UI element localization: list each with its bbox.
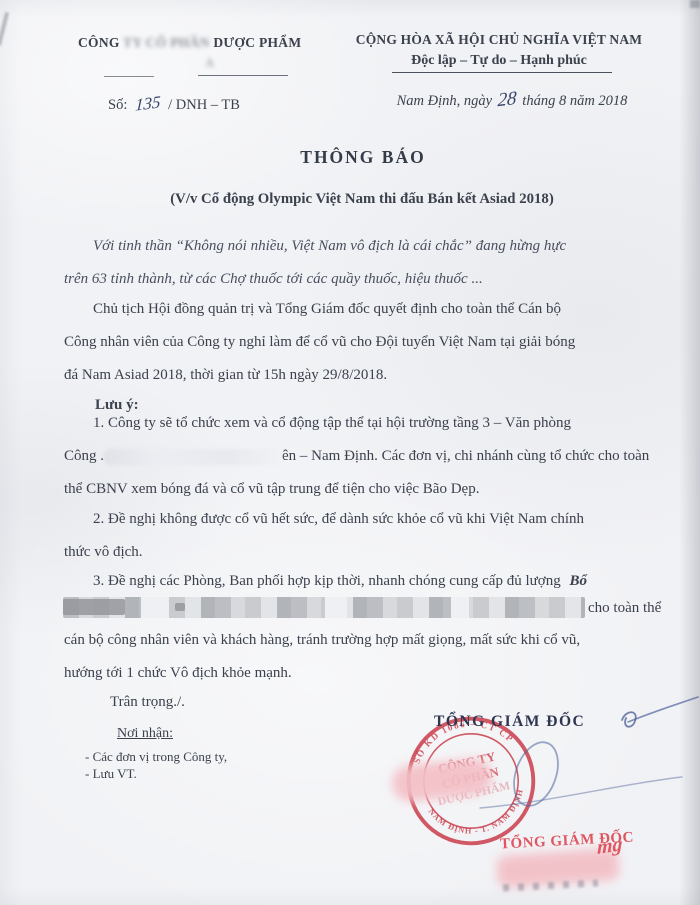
closing-text: Trân trọng./.	[110, 692, 185, 712]
place-date: Nam Định, ngày 28 tháng 8 năm 2018	[397, 90, 628, 111]
recipient-item: - Lưu VT.	[85, 764, 137, 784]
redaction-gap	[141, 597, 169, 618]
redaction-dark-block	[63, 599, 125, 615]
recipients-label: Nơi nhận:	[117, 724, 173, 744]
list-item-line: 3. Đề nghị các Phòng, Ban phối hợp kịp t…	[93, 571, 587, 591]
header-left-underline	[198, 75, 288, 76]
paragraph-line: trên 63 tỉnh thành, từ các Chợ thuốc tới…	[64, 269, 483, 289]
list-item-line: 1. Công ty sẽ tổ chức xem và cổ động tập…	[93, 413, 571, 433]
list-item-line: cho toàn thể	[588, 598, 661, 618]
handwritten-date: 28	[497, 89, 517, 112]
doc-title: THÔNG BÁO	[300, 147, 425, 167]
list-item-line: thể CBNV xem bóng đá và cổ vũ tập trung …	[64, 479, 479, 499]
list-item-line: 2. Đề nghị không được cổ vũ hết sức, để …	[93, 509, 584, 529]
national-motto-line2: Độc lập – Tự do – Hạnh phúc	[411, 51, 587, 71]
paragraph-line: Với tinh thần “Không nói nhiều, Việt Nam…	[93, 236, 566, 256]
bold-word: Bổ	[569, 573, 587, 589]
redaction-gap	[325, 597, 347, 618]
list-item-line: Công .ên – Nam Định. Các đơn vị, chi nhá…	[64, 446, 649, 466]
header-left-underline	[104, 76, 154, 77]
scan-edge-mark	[690, 0, 700, 8]
list-item-line: thức vô địch.	[64, 542, 143, 562]
doc-number: Số: 135 / DNH – TB	[108, 94, 240, 115]
company-name-line1: CÔNG TY CỔ PHẦN DƯỢC PHẨM	[78, 33, 301, 53]
list-item-line: hướng tới 1 chức Vô địch khỏe mạnh.	[64, 663, 292, 683]
redaction-gap	[451, 597, 469, 618]
motto-underline	[392, 72, 612, 73]
scan-edge-mark	[0, 12, 9, 46]
paragraph-line: Công nhân viên của Công ty nghỉ làm để c…	[64, 332, 575, 352]
redaction-dark-block	[175, 603, 185, 611]
list-item-line: cán bộ công nhân viên và khách hàng, trá…	[64, 630, 580, 650]
national-motto-line1: CỘNG HÒA XÃ HỘI CHỦ NGHĨA VIỆT NAM	[356, 30, 642, 50]
signature-icon	[380, 660, 700, 830]
redacted-text-mosaic	[63, 597, 585, 618]
blurred-text: TY CỔ PHẦN	[123, 35, 210, 50]
paragraph-line: đá Nam Asiad 2018, thời gian từ 15h ngày…	[64, 365, 387, 385]
document-page: CÔNG TY CỔ PHẦN DƯỢC PHẨM A Số: 135 / DN…	[0, 0, 700, 905]
paragraph-line: Chủ tịch Hội đồng quản trị và Tổng Giám …	[93, 299, 561, 319]
doc-subtitle: (V/v Cổ động Olympic Việt Nam thi đấu Bá…	[170, 189, 554, 209]
erased-text-blur	[104, 449, 282, 465]
company-name-line2-blurred: A	[205, 53, 214, 73]
handwritten-number: 135	[135, 92, 161, 115]
signature-handwriting-visible: mg	[597, 834, 622, 858]
note-label: Lưu ý:	[95, 395, 139, 415]
